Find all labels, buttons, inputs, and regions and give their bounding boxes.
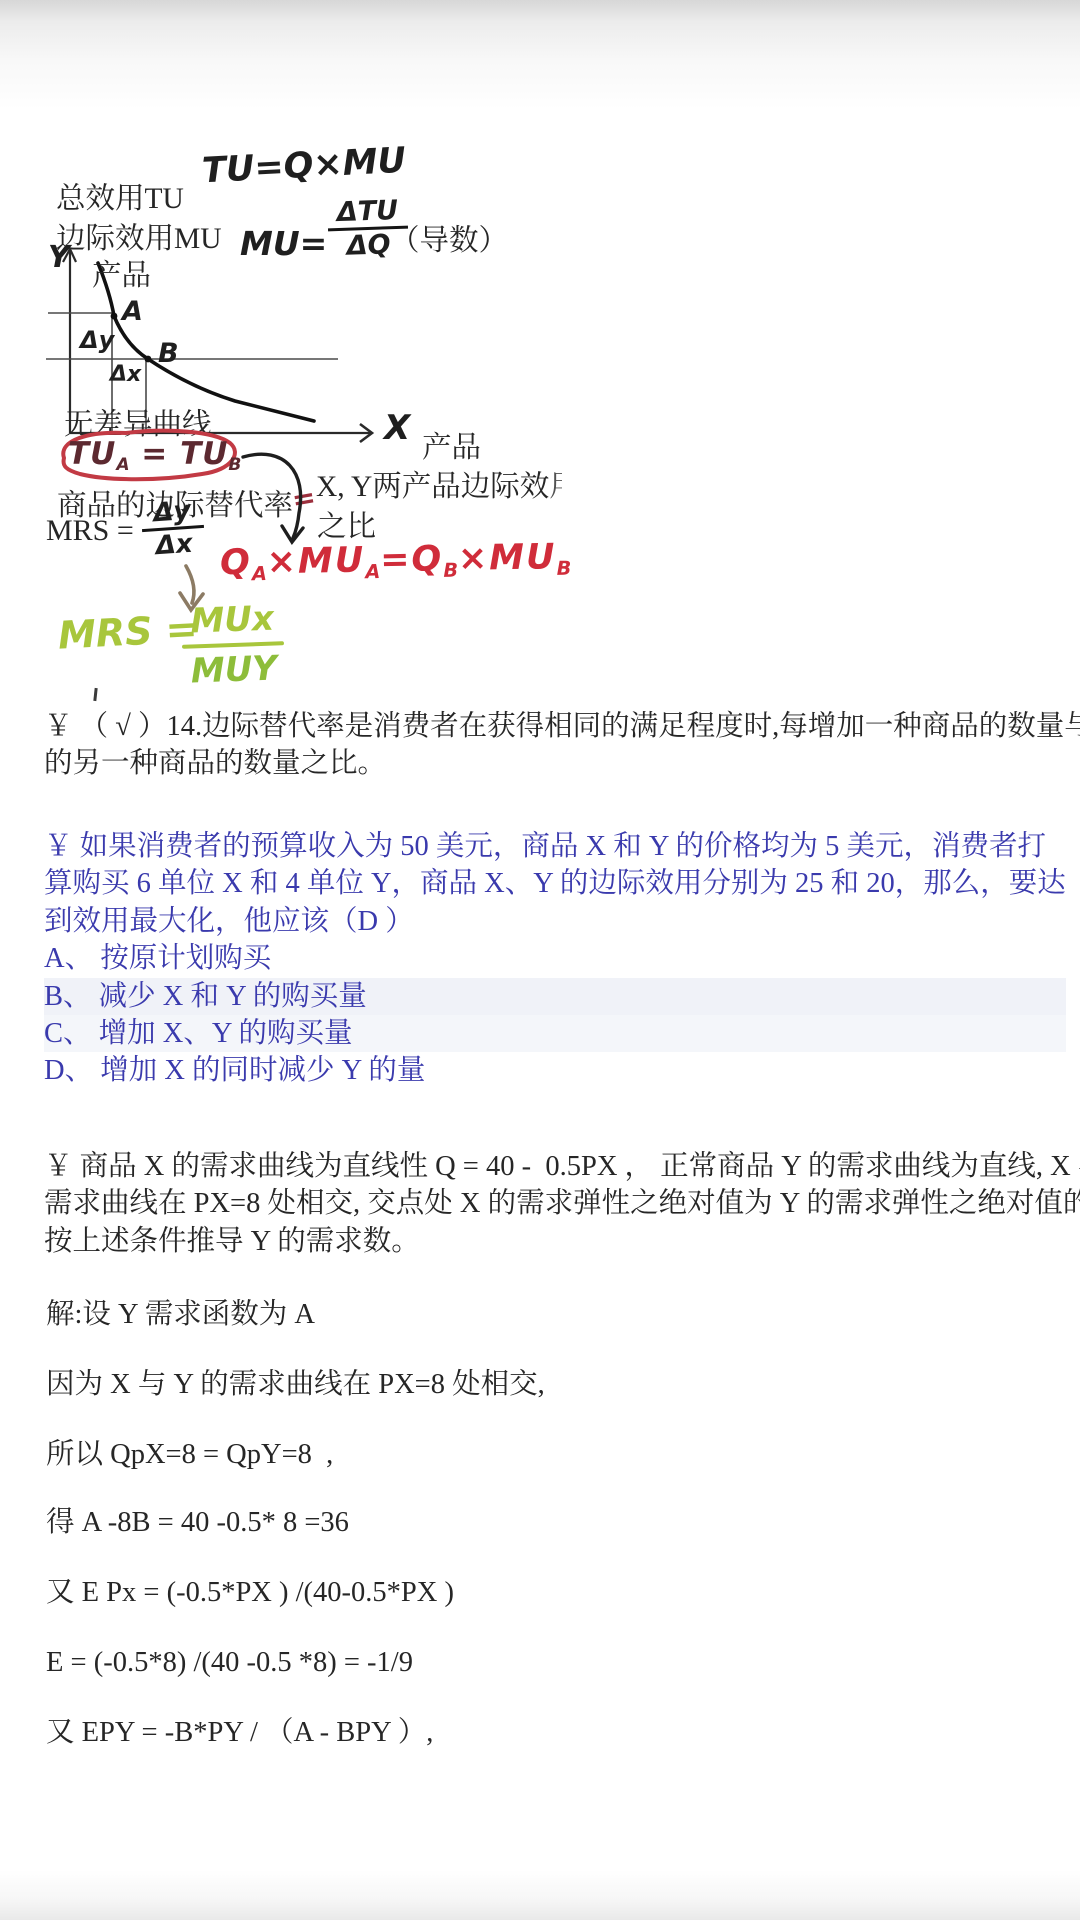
point-b-label: B: [158, 338, 179, 369]
tu-equals: =: [130, 436, 181, 472]
mrs-formula-lhs: MRS =: [46, 514, 134, 548]
red-formula-q1: Q: [220, 543, 252, 584]
red-formula-sub1: A: [252, 562, 267, 585]
mrs-fraction-numerator: Δy: [152, 496, 191, 529]
solution-step-7: 又 EPY = -B*PY / （A - BPY ）,: [46, 1716, 433, 1750]
ratio-note-text: X, Y两产品边际效: [316, 471, 549, 503]
option-a: A、 按原计划购买: [44, 940, 1066, 977]
red-formula-eq: =Q: [380, 539, 444, 580]
solution-step-5: 又 E Px = (-0.5*PX ) /(40-0.5*PX ): [46, 1576, 454, 1610]
delta-x-label: Δx: [110, 362, 141, 387]
point-a-label: A: [122, 296, 143, 327]
demand-question-line: ￥ 商品 X 的需求曲线为直线性 Q = 40 - 0.5PX ， 正常商品 Y…: [44, 1148, 1080, 1185]
curved-arrow-head: [282, 526, 303, 542]
red-formula-sub4: B: [556, 557, 571, 580]
curved-arrow-annotation: [225, 443, 320, 555]
option-b: B、 减少 X 和 Y 的购买量: [44, 978, 1066, 1015]
photo-top-shading: [0, 0, 1080, 110]
demand-question-line: 按上述条件推导 Y 的需求数。: [44, 1223, 1080, 1260]
green-mrs-fraction: MUx MUY: [180, 598, 285, 692]
point-a-dot: [111, 313, 118, 320]
down-arrow-shaft: [186, 566, 194, 603]
solution-step-4: 得 A -8B = 40 -0.5* 8 =36: [46, 1506, 349, 1540]
demand-question-line: 需求曲线在 PX=8 处相交, 交点处 X 的需求弹性之绝对值为 Y 的需求弹性…: [44, 1185, 1080, 1222]
red-utility-formula: QA×MUA=QB×MUB: [220, 537, 572, 586]
solution-step-6: E = (-0.5*8) /(40 -0.5 *8) = -1/9: [46, 1646, 413, 1680]
red-formula-x2: ×MU: [458, 537, 557, 579]
option-d: D、 增加 X 的同时减少 Y 的量: [44, 1052, 1066, 1089]
solution-step-3: 所以 QpX=8 = QpY=8 ,: [46, 1438, 333, 1472]
green-mrs-lhs: MRS =: [57, 606, 199, 657]
ratio-note-cut-character: 用: [549, 463, 562, 505]
statement-14-line: 的另一种商品的数量之比。: [44, 745, 1080, 782]
stray-pen-mark: [93, 688, 97, 701]
ratio-note-line2: 之比: [317, 503, 376, 545]
statement-14-line: ￥ （ √ ）14.边际替代率是消费者在获得相同的满足程度时,每增加一种商品的数…: [44, 708, 1080, 745]
x-axis-handwritten-letter: X: [384, 408, 410, 448]
y-axis-label: 产品: [92, 252, 151, 294]
blue-question-line: ￥ 如果消费者的预算收入为 50 美元，商品 X 和 Y 的价格均为 5 美元，…: [44, 828, 1066, 865]
red-formula-sub3: B: [443, 559, 458, 582]
x-axis-label: 产品: [422, 424, 481, 466]
red-formula-x1: ×MU: [266, 541, 365, 583]
green-fraction-bar: [182, 641, 284, 649]
tu-equality-formula: TUA = TUB: [68, 436, 241, 475]
green-fraction-numerator: MUx: [190, 599, 275, 642]
solution-step-2: 因为 X 与 Y 的需求曲线在 PX=8 处相交,: [46, 1368, 545, 1402]
mrs-fraction: Δy Δx: [140, 495, 206, 562]
mrs-fraction-denominator: Δx: [155, 529, 194, 562]
tu-lhs-subscript: A: [116, 455, 129, 475]
blue-question-line: 到效用最大化，他应该（D ）: [44, 903, 1066, 940]
red-formula-sub2: A: [365, 560, 380, 583]
statement-14: ￥ （ √ ）14.边际替代率是消费者在获得相同的满足程度时,每增加一种商品的数…: [44, 708, 1080, 783]
total-utility-handwritten-formula: TU=Q×MU: [201, 141, 407, 192]
document-photo-page: 总效用TU TU=Q×MU 边际效用MU MU= ΔTU ΔQ （导数） Y 产…: [0, 0, 1080, 1920]
tu-lhs: TU: [68, 436, 116, 472]
photo-bottom-shading: [0, 1870, 1080, 1920]
y-axis-handwritten-letter: Y: [48, 240, 70, 275]
tu-rhs: TU: [180, 436, 228, 472]
demand-question: ￥ 商品 X 的需求曲线为直线性 Q = 40 - 0.5PX ， 正常商品 Y…: [44, 1148, 1080, 1260]
total-utility-label: 总效用TU: [56, 175, 184, 217]
curved-arrow-shaft: [243, 454, 301, 538]
blue-question-line: 算购买 6 单位 X 和 4 单位 Y，商品 X、Y 的边际效用分别为 25 和…: [44, 865, 1066, 902]
blue-question: ￥ 如果消费者的预算收入为 50 美元，商品 X 和 Y 的价格均为 5 美元，…: [44, 828, 1066, 1090]
point-b-dot: [145, 356, 152, 363]
solution-step-1: 解:设 Y 需求函数为 A: [46, 1298, 315, 1332]
delta-y-label: Δy: [80, 326, 114, 354]
option-c: C、 增加 X、Y 的购买量: [44, 1015, 1066, 1052]
ratio-note-line1: X, Y两产品边际效用: [316, 463, 562, 505]
green-fraction-denominator: MUY: [190, 648, 277, 691]
